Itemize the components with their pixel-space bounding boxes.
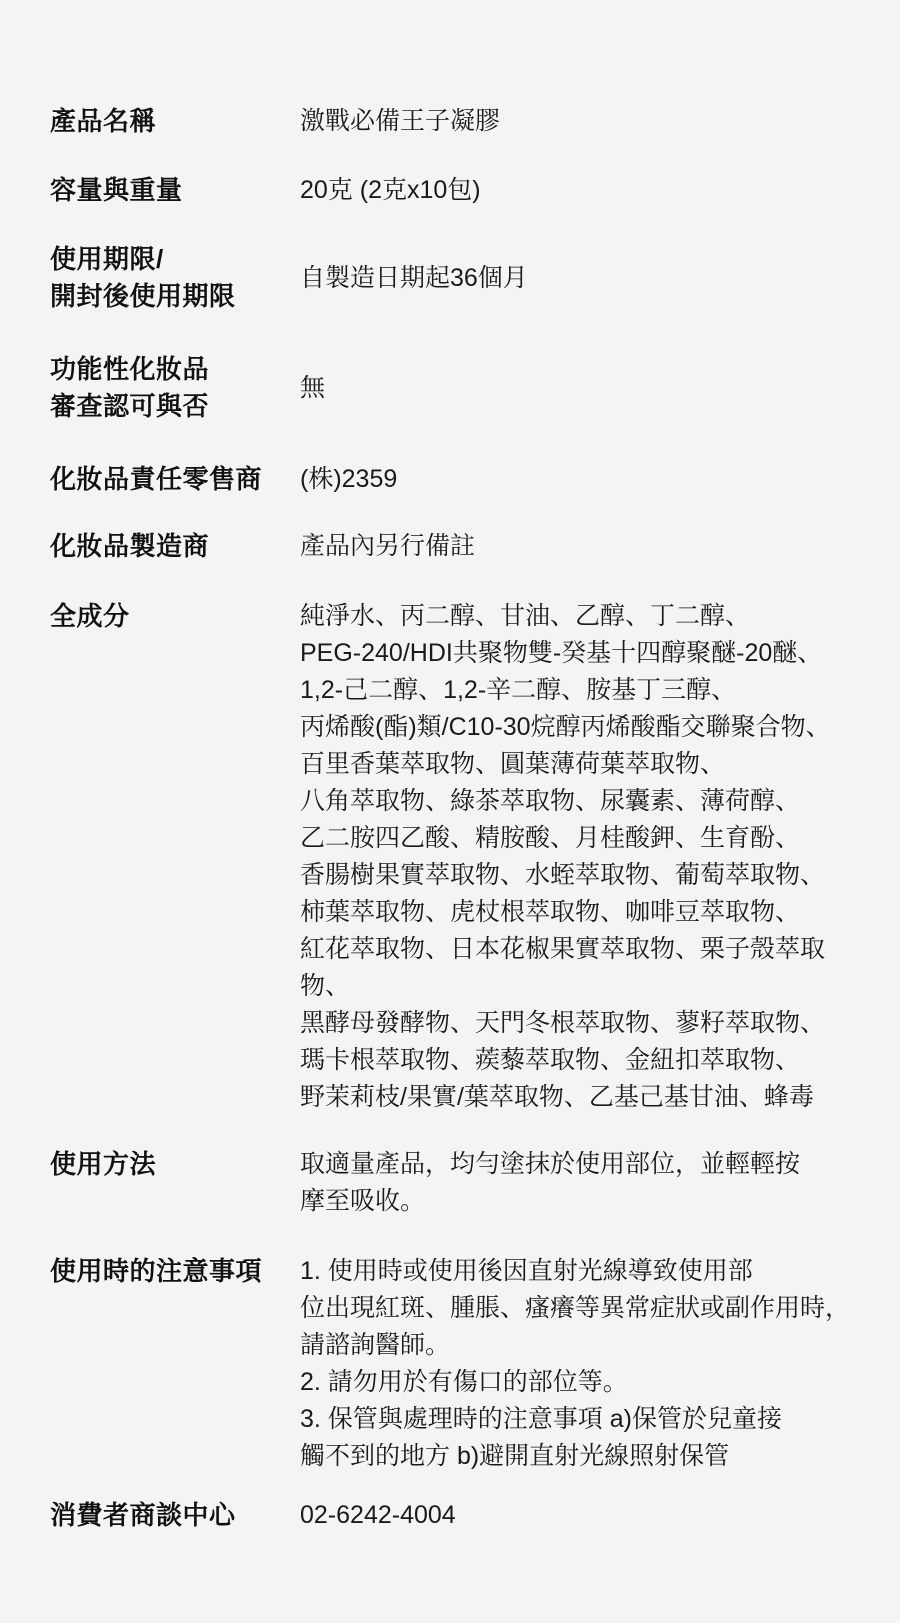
- usage-method-label: 使用方法: [50, 1146, 300, 1183]
- row-expiry: 使用期限/ 開封後使用期限 自製造日期起36個月: [50, 241, 850, 315]
- row-volume-weight: 容量與重量 20克 (2克x10包): [50, 172, 850, 209]
- volume-weight-value: 20克 (2克x10包): [300, 172, 850, 209]
- ingredients-value: 純淨水、丙二醇、甘油、乙醇、丁二醇、 PEG-240/HDI共聚物雙-癸基十四醇…: [300, 598, 850, 1116]
- row-manufacturer: 化妝品製造商 產品內另行備註: [50, 528, 850, 565]
- product-info-table: 產品名稱 激戰必備王子凝膠 容量與重量 20克 (2克x10包) 使用期限/ 開…: [0, 0, 900, 1534]
- row-functional-approval: 功能性化妝品 審查認可與否 無: [50, 351, 850, 425]
- functional-approval-label: 功能性化妝品 審查認可與否: [50, 351, 300, 425]
- row-responsible-retailer: 化妝品責任零售商 (株)2359: [50, 461, 850, 498]
- manufacturer-value: 產品內另行備註: [300, 528, 850, 565]
- row-precautions: 使用時的注意事項 1. 使用時或使用後因直射光線導致使用部 位出現紅斑、腫脹、瘙…: [50, 1253, 850, 1475]
- consumer-center-value: 02-6242-4004: [300, 1497, 850, 1534]
- manufacturer-label: 化妝品製造商: [50, 528, 300, 565]
- functional-approval-value: 無: [300, 370, 850, 407]
- consumer-center-label: 消費者商談中心: [50, 1497, 300, 1534]
- expiry-value: 自製造日期起36個月: [300, 260, 850, 297]
- row-product-name: 產品名稱 激戰必備王子凝膠: [50, 103, 850, 140]
- row-consumer-center: 消費者商談中心 02-6242-4004: [50, 1497, 850, 1534]
- volume-weight-label: 容量與重量: [50, 172, 300, 209]
- usage-method-value: 取適量產品，均勻塗抹於使用部位，並輕輕按 摩至吸收。: [300, 1146, 850, 1220]
- row-ingredients: 全成分 純淨水、丙二醇、甘油、乙醇、丁二醇、 PEG-240/HDI共聚物雙-癸…: [50, 598, 850, 1116]
- responsible-retailer-value: (株)2359: [300, 461, 850, 498]
- row-usage-method: 使用方法 取適量產品，均勻塗抹於使用部位，並輕輕按 摩至吸收。: [50, 1146, 850, 1220]
- ingredients-label: 全成分: [50, 598, 300, 635]
- precautions-label: 使用時的注意事項: [50, 1253, 300, 1290]
- expiry-label: 使用期限/ 開封後使用期限: [50, 241, 300, 315]
- product-name-label: 產品名稱: [50, 103, 300, 140]
- precautions-value: 1. 使用時或使用後因直射光線導致使用部 位出現紅斑、腫脹、瘙癢等異常症狀或副作…: [300, 1253, 850, 1475]
- product-name-value: 激戰必備王子凝膠: [300, 103, 850, 140]
- responsible-retailer-label: 化妝品責任零售商: [50, 461, 300, 498]
